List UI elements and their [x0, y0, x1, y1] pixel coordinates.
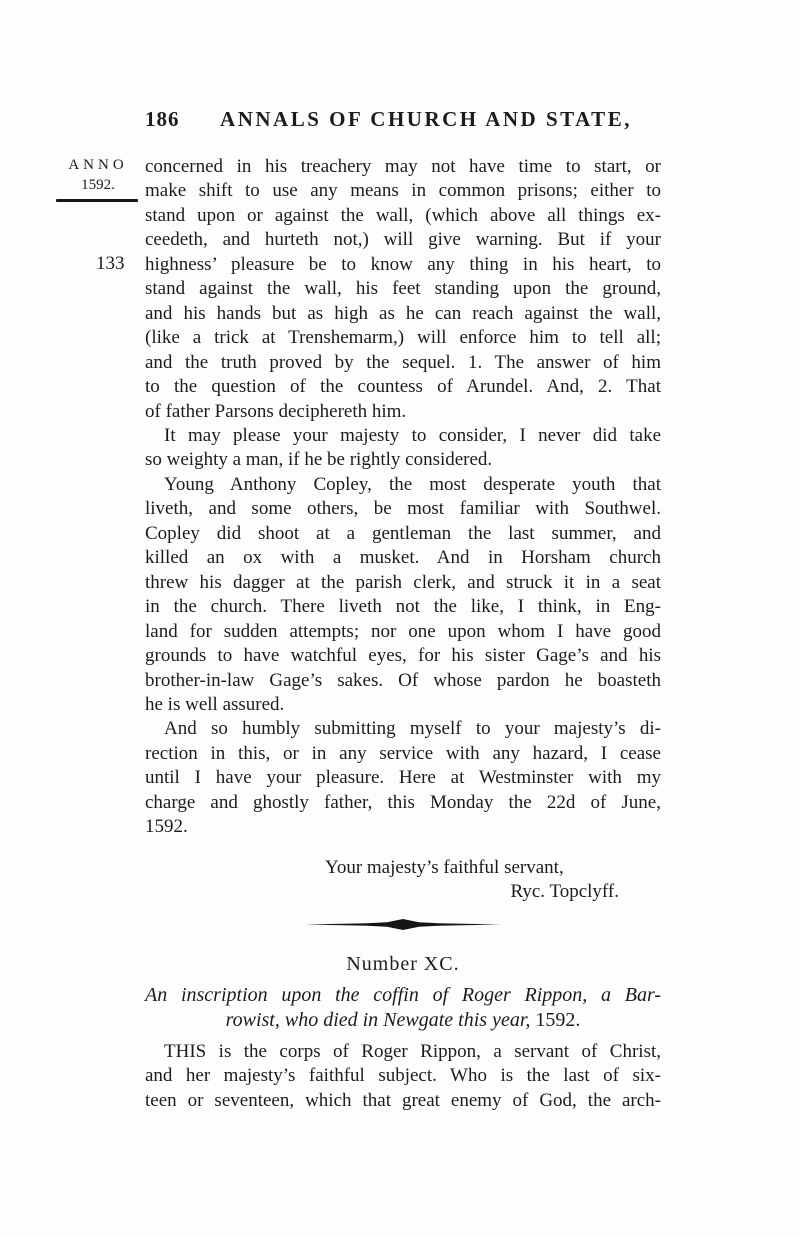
letter-line: so weighty a man, if he be rightly consi…: [145, 448, 661, 472]
letter-body: concerned in his treachery may not have …: [145, 155, 661, 1113]
letter-line: stand upon or against the wall, (which a…: [145, 204, 661, 228]
letter-line: ceedeth, and hurteth not,) will give war…: [145, 228, 661, 252]
letter-line: highness’ pleasure be to know any thing …: [145, 253, 661, 277]
letter-line: until I have your pleasure. Here at West…: [145, 766, 661, 790]
letter-line: grounds to have watchful eyes, for his s…: [145, 644, 661, 668]
letter-line: to the question of the countess of Arund…: [145, 375, 661, 399]
letter-line: liveth, and some others, be most familia…: [145, 497, 661, 521]
letter-line: stand against the wall, his feet standin…: [145, 277, 661, 301]
book-page: 186 ANNALS OF CHURCH AND STATE, ANNO 159…: [0, 0, 800, 1237]
page-number: 186: [145, 106, 191, 132]
running-title: ANNALS OF CHURCH AND STATE,: [191, 106, 661, 132]
letter-valediction: Your majesty’s faithful servant,: [145, 856, 661, 880]
letter-line: charge and ghostly father, this Monday t…: [145, 791, 661, 815]
letter-line: brother-in-law Gage’s sakes. Of whose pa…: [145, 669, 661, 693]
section-body-line: teen or seventeen, which that great enem…: [145, 1089, 661, 1114]
section-heading: Number XC.: [145, 951, 661, 977]
margin-column-ref: 133: [96, 252, 125, 276]
letter-line: concerned in his treachery may not have …: [145, 155, 661, 179]
margin-rule: [56, 199, 138, 202]
anno-year: 1592.: [56, 175, 140, 195]
letter-line: and the truth proved by the sequel. 1. T…: [145, 351, 661, 375]
letter-line: It may please your majesty to consider, …: [145, 424, 661, 448]
section-body: THIS is the corps of Roger Rippon, a ser…: [145, 1040, 661, 1114]
margin-anno-note: ANNO 1592.: [56, 155, 140, 202]
letter-line: 1592.: [145, 815, 661, 839]
subtitle-year: 1592.: [535, 1009, 580, 1031]
section-subtitle-line-2: rowist, who died in Newgate this year, 1…: [145, 1008, 661, 1033]
letter-line: Copley did shoot at a gentleman the last…: [145, 522, 661, 546]
letter-line: he is well assured.: [145, 693, 661, 717]
letter-line: land for sudden attempts; nor one upon w…: [145, 620, 661, 644]
letter-line: And so humbly submitting myself to your …: [145, 717, 661, 741]
subtitle-italic-part: rowist, who died in Newgate this year,: [226, 1009, 531, 1031]
letter-line: Young Anthony Copley, the most desperate…: [145, 473, 661, 497]
letter-line: in the church. There liveth not the like…: [145, 595, 661, 619]
section-body-line: THIS is the corps of Roger Rippon, a ser…: [145, 1040, 661, 1065]
letter-line: of father Parsons deciphereth him.: [145, 400, 661, 424]
letter-signature: Ryc. Topclyff.: [145, 880, 661, 904]
anno-label: ANNO: [56, 155, 140, 175]
section-subtitle-line-1: An inscription upon the coffin of Roger …: [145, 983, 661, 1008]
letter-line: threw his dagger at the parish clerk, an…: [145, 571, 661, 595]
letter-line: rection in this, or in any service with …: [145, 742, 661, 766]
page-header: 186 ANNALS OF CHURCH AND STATE,: [145, 106, 661, 132]
diamond-rule-icon: [305, 917, 501, 932]
letter-line: killed an ox with a musket. And in Horsh…: [145, 546, 661, 570]
letter-line: and his hands but as high as he can reac…: [145, 302, 661, 326]
letter-line: make shift to use any means in common pr…: [145, 179, 661, 203]
section-body-line: and her majesty’s faithful subject. Who …: [145, 1064, 661, 1089]
letter-line: (like a trick at Trenshemarm,) will enfo…: [145, 326, 661, 350]
